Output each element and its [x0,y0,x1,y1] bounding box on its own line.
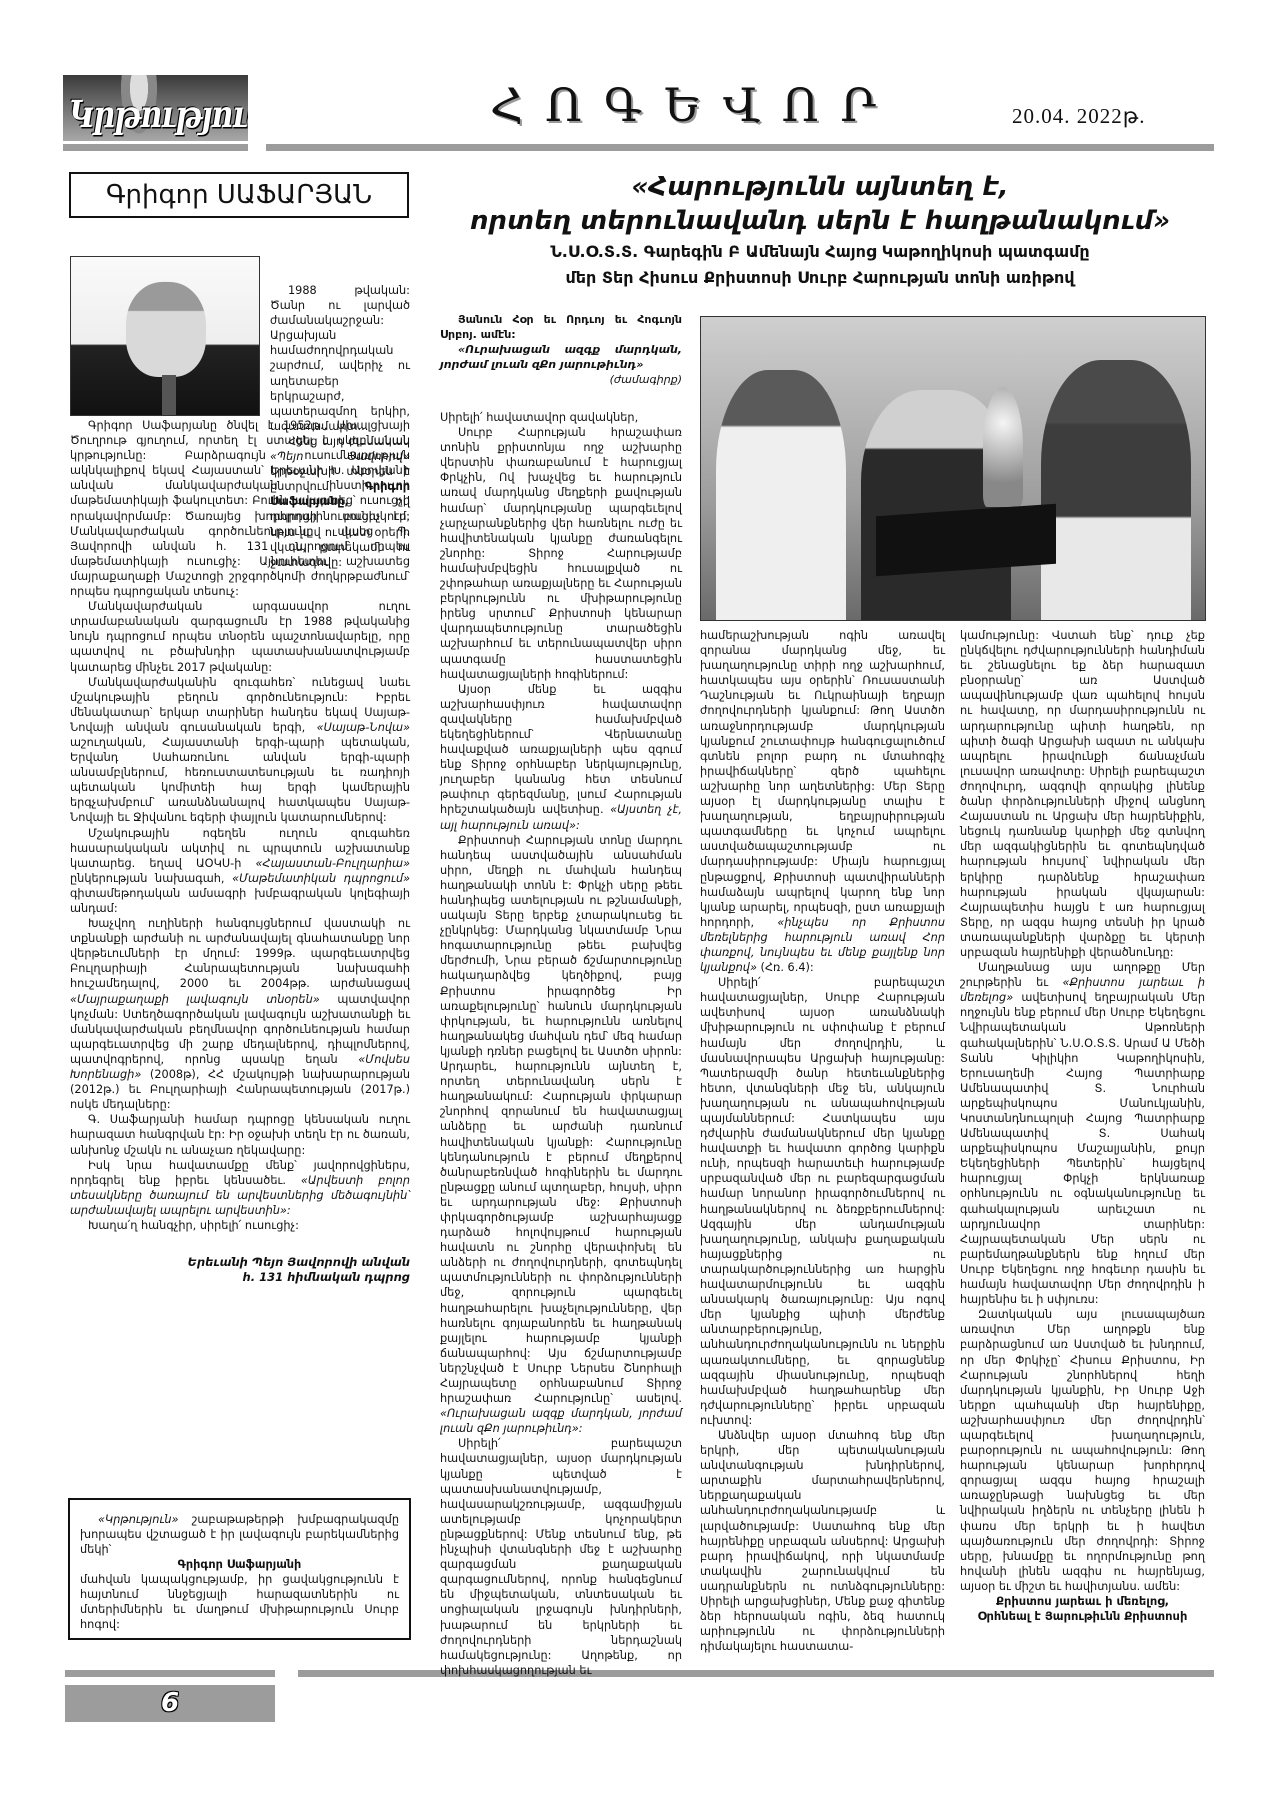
quote: «Սայաթ-Նովա» [317,721,410,734]
article-column-1: Սիրելի՛ հավատավոր զավակներ, Սուրբ Հարութ… [440,410,682,1678]
article-paragraph: Քրիստոսի Հարության տոնը մարդու հանդեպ աս… [440,833,682,1437]
condolence-box: «Կրթություն» շաբաթաթերթի խմբագրակազմը խո… [68,1498,411,1640]
article-paragraph: Անձնվեր այսօր մտահոգ ենք մեր երկրի, մեր … [700,1428,945,1654]
publication-logo: Կրթություն [63,75,248,141]
portrait-tie-shape [162,375,176,416]
portrait-head-shape [126,282,206,377]
article-paragraph: Այսօր մենք եւ ազգիս աշխարհասփյուռ հավատա… [440,682,682,833]
section-title: ՀՈԳԵՎՈՐ [490,78,820,132]
text-run: գիտամեթոդական ամսագրի խմբագրական կոլեգիա… [70,887,410,915]
quote: «Հայաստան-Բուլղարիա» [256,857,410,870]
lead-paragraph-1: 1988 թվական: Ծանր ու լարված ժամանակաշրջա… [270,283,410,434]
text-run: Այսօր մենք եւ ազգիս աշխարհասփյուռ հավատա… [440,683,682,817]
bio-paragraph: Գ. Սաֆարյանի համար դպրոցը կենսական ուղու… [70,1112,410,1157]
article-paragraph: համերաշխության ոգին առավել զորանա մարդկա… [700,628,945,975]
issue-date: 20.04. 2022թ. [1012,104,1146,129]
subheadline-line-1: Ն.Ս.Օ.Տ.Տ. Գարեգին Բ Ամենայն Հայոց Կաթող… [420,240,1220,264]
relic-shape [983,387,1023,507]
bio-paragraph: Խաղա՛ղ հանգչիր, սիրելի՛ ուսուցիչ: [70,1218,410,1233]
article-column-3: կամությունը: Վստահ ենք՝ դուք չեք ընկճվել… [960,628,1205,1624]
bio-paragraph: Մանկավարժականին զուգահեռ՝ ունեցավ նաեւ մ… [70,675,410,826]
closing-line-1: Քրիստոս յարեաւ ի մեռելոց, [960,1594,1205,1609]
closing-line-2: Օրհնեալ է Յարութիւնն Քրիստոսի [960,1609,1205,1624]
article-paragraph: Սիրելի՛ բարեպաշտ հավատացյալներ, Սուրբ Հա… [700,975,945,1428]
signature-line-2: հ. 131 հիմնական դպրոց [70,1270,410,1285]
quote: «Մաթեմատիկան դպրոցում» [232,872,410,885]
masthead-rule [266,144,1214,151]
text-run: ընկերության նախագահ, [70,872,232,885]
article-column-2: համերաշխության ոգին առավել զորանա մարդկա… [700,628,945,1654]
headline-line-2: որտեղ տերունավանդ սերն է հաղթանակում» [420,204,1220,238]
condolence-name: Գրիգոր Սաֆարյանի [80,1557,399,1572]
bio-paragraph: Խաչվող ուղիների հանգույցներում վաստակի ո… [70,916,410,1112]
text-run: աշուղական, Հայաստանի երգի-պարի պետական, … [70,736,410,824]
logo-text: Կրթություն [69,93,248,137]
text-run: Խաչվող ուղիների հանգույցներում վաստակի ո… [70,917,410,990]
portrait-photo [70,256,260,416]
article-paragraph: Սիրելի՛ բարեպաշտ հավատացյալներ, այսօր մա… [440,1436,682,1678]
author-heading: Գրիգոր ՍԱՖԱՐՅԱՆ [69,172,409,218]
headline-line-1: «Հարությունն այնտեղ է, [420,170,1220,204]
article-paragraph: կամությունը: Վստահ ենք՝ դուք չեք ընկճվել… [960,628,1205,960]
footer-rule-left [65,1670,275,1677]
epigraph-intro: Յանուն Հօր եւ Որդւոյ եւ Հոգւոյն Սրբոյ. ա… [440,312,682,342]
condolence-text-2: մահվան կապակցությամբ, իր ցավակցությունն … [80,1572,399,1632]
text-run: համերաշխության ոգին առավել զորանա մարդկա… [700,629,945,929]
article-paragraph: Մաղթանաց այս աղոթքը Մեր շուրթերին եւ «Քր… [960,960,1205,1307]
footer-rule-right [298,1670,1214,1677]
salutation: Սիրելի՛ հավատավոր զավակներ, [440,410,682,425]
subheadline-line-2: մեր Տեր Հիսուս Քրիստոսի Սուրբ Հարության … [420,266,1220,290]
newspaper-name: «Կրթություն» [98,1513,179,1526]
condolence-text-1: «Կրթություն» շաբաթաթերթի խմբագրակազմը խո… [80,1512,399,1557]
figure-left-shape [716,370,846,620]
text-run: ավետիսով եղբայրական Մեր ողջույնն ենք բեր… [960,991,1205,1306]
logo-underline-rule [63,144,248,151]
bio-paragraph: Մշակութային ոգեղեն ուղուն զուգահեռ հասար… [70,826,410,917]
article-paragraph: Սուրբ Հարության հրաշափառ տոնին քրիստոնյա… [440,425,682,682]
bio-paragraph: Մանկավարժական արգասավոր ուղու տրամաբանակ… [70,599,410,674]
bio-paragraph: Գրիգոր Սաֆարյանը ծնվել է 1952թ., Ախալցխա… [70,418,410,599]
epigraph: Յանուն Հօր եւ Որդւոյ եւ Հոգւոյն Սրբոյ. ա… [440,312,682,387]
page-number: 6 [161,1688,179,1718]
epigraph-quote: «Ուրախացան ազգք մարդկան, յորժամ լուան զՔ… [440,342,682,372]
epigraph-source: (ժամագիրք) [440,372,682,387]
article-headline-block: «Հարությունն այնտեղ է, որտեղ տերունավանդ… [420,170,1220,290]
signature-line-1: Երեւանի Պեյո Յավորովի անվան [70,1255,410,1270]
bible-reference: (Հռ. 6.4): [757,961,814,974]
figure-right-shape [1041,360,1191,620]
quote: «Մայրաքաղաքի լավագույն տնօրեն» [70,993,320,1006]
bio-paragraph: Իսկ նրա հավատամքը մենք՝ յավորովցիներս, ո… [70,1158,410,1218]
page-number-box: 6 [65,1685,275,1722]
catholicos-photo [700,316,1206,621]
quote: «Ուրախացան ազգք մարդկան, յորժամ լուան զՔ… [440,1407,682,1435]
article-paragraph: Զատկական այս լուսապայծառ առավոտ Մեր աղոթ… [960,1307,1205,1594]
book-shape [876,504,1056,577]
obituary-body: Գրիգոր Սաֆարյանը ծնվել է 1952թ., Ախալցխա… [70,418,410,1285]
text-run: Քրիստոսի Հարության տոնը մարդու հանդեպ աս… [440,834,682,1405]
